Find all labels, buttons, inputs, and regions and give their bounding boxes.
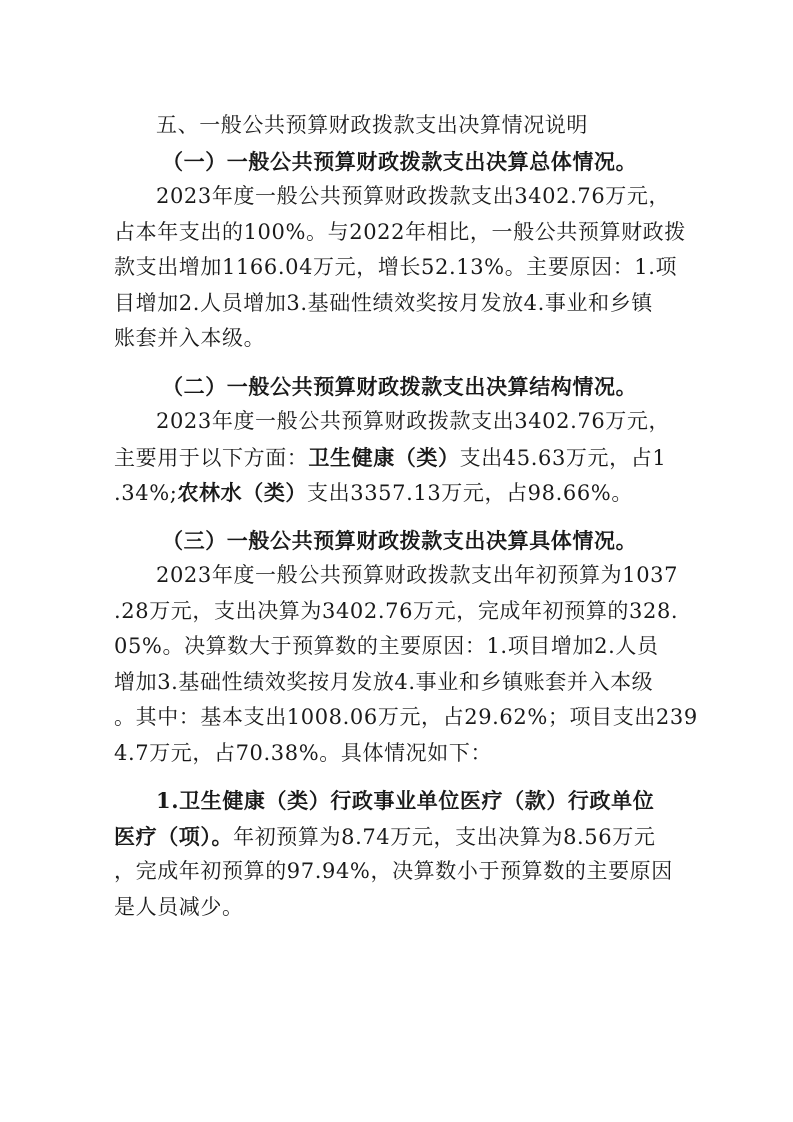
sub3-line: 05%。决算数大于预算数的主要原因：1.项目增加2.人员: [114, 629, 684, 665]
sub3-line: 。其中：基本支出1008.06万元，占29.62%；项目支出239: [114, 700, 684, 736]
section-title: 五、一般公共预算财政拨款支出决算情况说明: [114, 108, 684, 144]
sub1-line: 款支出增加1166.04万元，增长52.13%。主要原因：1.项: [114, 250, 684, 286]
sub3-line: 4.7万元，占70.38%。具体情况如下：: [114, 736, 684, 772]
item1-heading-cont: 医疗（项）。: [114, 824, 233, 849]
item1-line: 医疗（项）。年初预算为8.74万元，支出决算为8.56万元: [114, 819, 684, 855]
sub2-agriculture-category: 农林水（类）: [177, 480, 307, 505]
sub3-line: 2023年度一般公共预算财政拨款支出年初预算为1037: [114, 558, 684, 594]
sub1-line: 账套并入本级。: [114, 321, 684, 357]
sub2-line: 2023年度一般公共预算财政拨款支出3402.76万元，: [114, 404, 684, 440]
sub3-line: 增加3.基础性绩效奖按月发放4.事业和乡镇账套并入本级: [114, 665, 684, 701]
sub2-line: .34%;农林水（类）支出3357.13万元，占98.66%。: [114, 475, 684, 511]
sub1-line: 占本年支出的100%。与2022年相比，一般公共预算财政拨: [114, 215, 684, 251]
sub2-line2-pre: 主要用于以下方面：: [114, 446, 308, 470]
sub2-line3-pre: .34%;: [114, 481, 177, 505]
sub2-health-category: 卫生健康（类）: [308, 445, 459, 470]
sub2-heading: （二）一般公共预算财政拨款支出决算结构情况。: [114, 369, 684, 405]
sub2-line2-post: 支出45.63万元，占1: [460, 446, 667, 470]
sub2-line3-post: 支出3357.13万元，占98.66%。: [307, 481, 633, 505]
sub1-line: 目增加2.人员增加3.基础性绩效奖按月发放4.事业和乡镇: [114, 286, 684, 322]
item1-line: 是人员减少。: [114, 890, 684, 926]
document-page: 五、一般公共预算财政拨款支出决算情况说明 （一）一般公共预算财政拨款支出决算总体…: [114, 108, 684, 925]
sub3-line: .28万元，支出决算为3402.76万元，完成年初预算的328.: [114, 594, 684, 630]
item1-line2-post: 年初预算为8.74万元，支出决算为8.56万元: [233, 825, 655, 849]
item1-heading: 1.卫生健康（类）行政事业单位医疗（款）行政单位: [114, 783, 684, 819]
sub1-heading: （一）一般公共预算财政拨款支出决算总体情况。: [114, 144, 684, 180]
sub3-heading: （三）一般公共预算财政拨款支出决算具体情况。: [114, 523, 684, 559]
sub2-line: 主要用于以下方面：卫生健康（类）支出45.63万元，占1: [114, 440, 684, 476]
sub1-line: 2023年度一般公共预算财政拨款支出3402.76万元，: [114, 179, 684, 215]
item1-line: ，完成年初预算的97.94%，决算数小于预算数的主要原因: [114, 854, 684, 890]
